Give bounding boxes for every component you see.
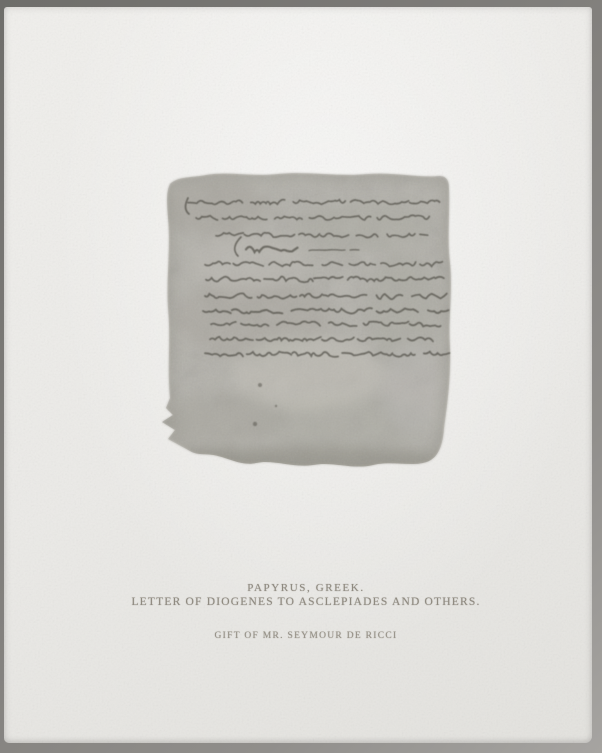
photo-frame: PAPYRUS, GREEK. LETTER OF DIOGENES TO AS… [0,0,602,753]
papyrus-svg [158,168,454,472]
caption-subtitle: LETTER OF DIOGENES TO ASCLEPIADES AND OT… [20,595,592,610]
mount-page: PAPYRUS, GREEK. LETTER OF DIOGENES TO AS… [4,7,592,743]
caption-credit: GIFT OF MR. SEYMOUR DE RICCI [20,631,592,641]
caption-title: PAPYRUS, GREEK. [20,581,592,595]
papyrus-texture [158,168,454,472]
caption-block: PAPYRUS, GREEK. LETTER OF DIOGENES TO AS… [4,581,592,641]
papyrus-fragment [158,168,454,472]
